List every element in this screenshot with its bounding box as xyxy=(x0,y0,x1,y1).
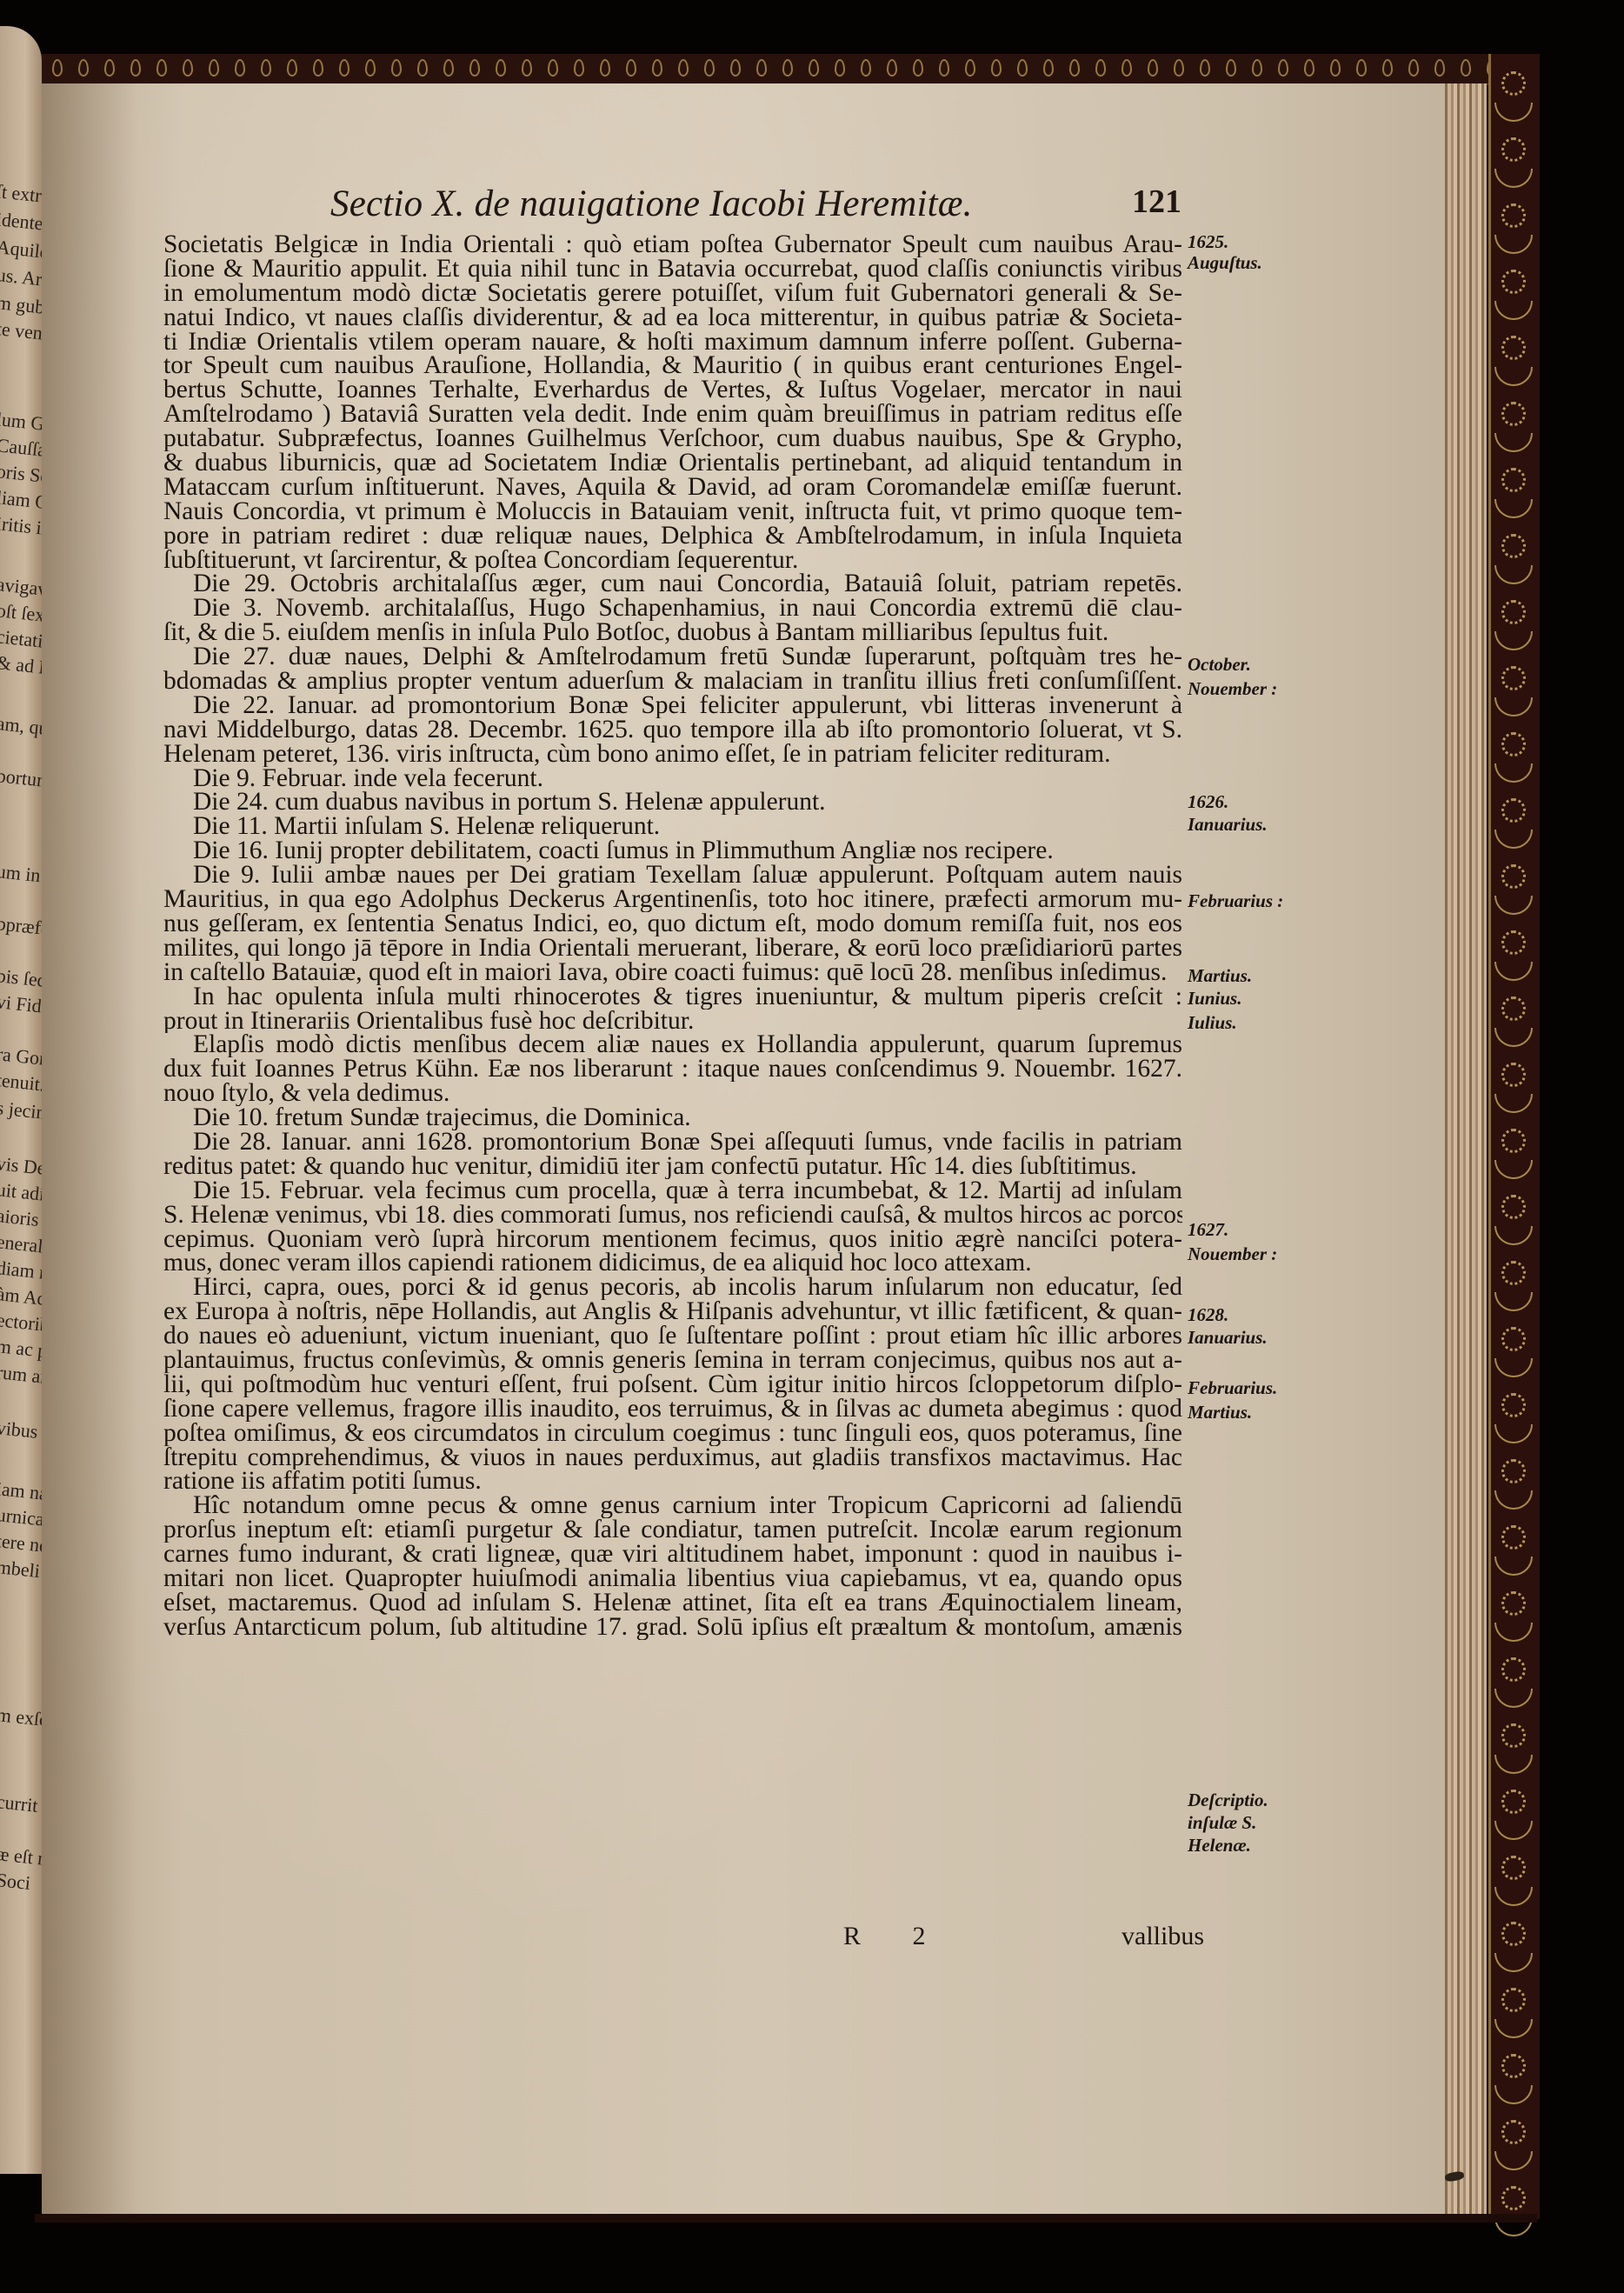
gilt-ornament-icon xyxy=(1278,59,1288,77)
text-line: navi Middelburgo, datas 28. Decembr. 162… xyxy=(163,718,1182,743)
gilt-ornament-icon xyxy=(496,59,506,77)
gilt-arch-icon xyxy=(1494,1094,1533,1113)
gilt-rosette-icon xyxy=(1501,1790,1526,1814)
gilt-rosette-icon xyxy=(1501,930,1526,955)
gilt-ornament-icon xyxy=(1330,59,1341,77)
gilt-rosette-icon xyxy=(1501,1261,1526,1285)
gilt-arch-icon xyxy=(1494,1490,1533,1510)
gilt-ornament-icon xyxy=(782,59,793,77)
bottom-leather-band xyxy=(35,2214,1537,2223)
margin-note: 1626. xyxy=(1188,791,1228,812)
gilt-rosette-icon xyxy=(1501,1723,1526,1748)
gilt-arch-icon xyxy=(1494,235,1533,254)
gilt-ornament-icon xyxy=(809,59,819,77)
gilt-arch-icon xyxy=(1494,1556,1533,1576)
gilt-rosette-icon xyxy=(1501,137,1526,162)
gilt-ornament-icon xyxy=(1382,59,1393,77)
text-line: in emolumentum modò dictæ Societatis ger… xyxy=(163,282,1182,306)
previous-page-text-fragment: rum arbore xyxy=(0,1362,42,1391)
previous-page-text-fragment: vi Fide, quæ xyxy=(0,991,42,1022)
gilt-rosette-icon xyxy=(1501,2120,1526,2144)
gilt-ornament-icon xyxy=(391,59,402,77)
text-line: Mataccam curſum inſtituerunt. Naves, Aqu… xyxy=(163,476,1182,500)
gilt-ornament-icon xyxy=(1356,59,1367,77)
text-line: ſit, & die 5. eiuſdem menſis in inſula P… xyxy=(163,621,1182,645)
previous-page-text-fragment: ra Gorities xyxy=(0,1043,42,1073)
gilt-ornament-icon xyxy=(1304,59,1315,77)
margin-note: 1625. xyxy=(1188,231,1228,252)
gilt-ornament-icon xyxy=(261,59,271,77)
text-line: Die 16. Iunij propter debilitatem, coact… xyxy=(163,839,1182,863)
margin-note: Iunius. xyxy=(1188,988,1241,1009)
gilt-arch-icon xyxy=(1494,2151,1533,2170)
gilt-rosette-icon xyxy=(1501,864,1526,889)
text-line: putabatur. Subpræfectus, Ioannes Guilhel… xyxy=(163,427,1182,451)
previous-page-text-fragment: urnica, Ve xyxy=(0,1504,42,1533)
gilt-ornament-icon xyxy=(678,59,689,77)
gilt-rosette-icon xyxy=(1501,1922,1526,1946)
gilt-ornament-icon xyxy=(1148,59,1158,77)
text-line: Helenam peteret, 136. viris inſtructa, c… xyxy=(163,743,1182,767)
text-line: verſus Antarcticum polum, ſub altitudine… xyxy=(163,1616,1182,1640)
gilt-arch-icon xyxy=(1494,499,1533,518)
previous-page-text-fragment: oris Solen xyxy=(0,461,42,490)
previous-page-text-fragment: iritis in Mo xyxy=(0,513,42,543)
gilt-rosette-icon xyxy=(1501,997,1526,1021)
text-line: Hirci, capra, oues, porci & id genus pec… xyxy=(163,1276,1182,1300)
text-line: poſtea omiſimus, & eos circumdatos in ci… xyxy=(163,1422,1182,1446)
text-line: ſione & Mauritio appulit. Et quia nihil … xyxy=(163,257,1182,282)
gilt-arch-icon xyxy=(1494,433,1533,452)
gilt-ornament-icon xyxy=(548,59,558,77)
text-line: reditus patet: & quando huc venitur, dim… xyxy=(163,1155,1182,1179)
gilt-rosette-icon xyxy=(1501,402,1526,426)
gilt-arch-icon xyxy=(1494,565,1533,584)
gilt-rosette-icon xyxy=(1501,1063,1526,1087)
gilt-ornament-icon xyxy=(1461,59,1471,77)
previous-page-text-fragment: àm Aquila xyxy=(0,1283,42,1312)
text-line: do naues eò adueniunt, victum inueniant,… xyxy=(163,1324,1182,1349)
margin-note: 1628. xyxy=(1188,1304,1228,1325)
gilt-arch-icon xyxy=(1494,1755,1533,1774)
top-gilt-band xyxy=(35,54,1504,85)
gilt-rosette-icon xyxy=(1501,1525,1526,1550)
previous-page-text-fragment: m ac profu xyxy=(0,1336,42,1365)
gilt-rosette-icon xyxy=(1501,732,1526,757)
gilt-rosette-icon xyxy=(1501,666,1526,690)
gilt-arch-icon xyxy=(1494,301,1533,320)
gilt-rosette-icon xyxy=(1501,1195,1526,1219)
margin-note: 1627. xyxy=(1188,1219,1228,1240)
gilt-ornament-icon xyxy=(313,59,323,77)
text-line: mus, donec veram illos capiendi rationem… xyxy=(163,1251,1182,1276)
text-line: ſtrepitu comprehendimus, & viuos in naue… xyxy=(163,1446,1182,1470)
previous-page-text-fragment: us. Archith xyxy=(0,264,42,294)
gilt-arch-icon xyxy=(1494,1292,1533,1311)
text-line: milites, qui longo jā tēpore in India Or… xyxy=(163,937,1182,961)
gilt-rosette-icon xyxy=(1501,468,1526,492)
previous-page-text-fragment: m guberna xyxy=(0,292,42,322)
previous-page-text-fragment: s jecimus. xyxy=(0,1097,42,1126)
text-line: Nauis Concordia, vt primum è Moluccis in… xyxy=(163,500,1182,524)
gilt-rosette-icon xyxy=(1501,203,1526,228)
margin-note: Martius. xyxy=(1188,965,1252,986)
previous-page-text-fragment: cietatis, in xyxy=(0,626,42,655)
gilt-ornament-icon xyxy=(991,59,1002,77)
gilt-arch-icon xyxy=(1494,1358,1533,1377)
text-line: ti Indiæ Orientalis vtilem operam nauare… xyxy=(163,330,1182,355)
gilt-ornament-icon xyxy=(600,59,610,77)
previous-page-text-fragment: avigavit qu xyxy=(0,574,42,603)
text-line: Die 11. Martii inſulam S. Helenæ relique… xyxy=(163,815,1182,839)
signature-mark: R 2 xyxy=(843,1922,948,1951)
gilt-arch-icon xyxy=(1494,1623,1533,1642)
gilt-ornament-icon xyxy=(1095,59,1106,77)
margin-note: Nouember : xyxy=(1188,678,1277,699)
gilt-ornament-icon xyxy=(730,59,741,77)
gilt-ornament-icon xyxy=(626,59,636,77)
gilt-rosette-icon xyxy=(1501,1459,1526,1483)
previous-page-text-fragment: tenuit. xyxy=(0,1070,42,1096)
gilt-ornament-icon xyxy=(1017,59,1028,77)
gilt-ornament-icon xyxy=(1174,59,1184,77)
gilt-ornament-icon xyxy=(756,59,767,77)
gilt-rosette-icon xyxy=(1501,336,1526,360)
previous-page-text-fragment: lum Gube xyxy=(0,409,42,437)
gilt-ornament-icon xyxy=(469,59,480,77)
gilt-rosette-icon xyxy=(1501,1393,1526,1417)
gilt-ornament-icon xyxy=(156,59,167,77)
gilt-ornament-icon xyxy=(1226,59,1236,77)
gilt-ornament-icon xyxy=(365,59,376,77)
gilt-arch-icon xyxy=(1494,367,1533,386)
gilt-arch-icon xyxy=(1494,1821,1533,1840)
gilt-arch-icon xyxy=(1494,962,1533,981)
gilt-ornament-icon xyxy=(417,59,428,77)
text-line: cepimus. Quoniam verò ſuprà hircorum men… xyxy=(163,1228,1182,1252)
margin-note: Ianuarius. xyxy=(1188,814,1268,835)
gilt-ornament-icon xyxy=(1252,59,1262,77)
text-line: dux fuit Ioannes Petrus Kühn. Eæ nos lib… xyxy=(163,1057,1182,1082)
gilt-ornament-icon xyxy=(1121,59,1132,77)
text-line: ſubſtituerunt, vt ſarcirentur, & poſtea … xyxy=(163,549,1182,573)
gilt-ornament-icon xyxy=(1200,59,1210,77)
gilt-ornament-icon xyxy=(652,59,662,77)
page-block-edges xyxy=(1445,83,1487,2214)
gilt-ornament-icon xyxy=(835,59,845,77)
gilt-rosette-icon xyxy=(1501,71,1526,96)
gilt-arch-icon xyxy=(1494,1689,1533,1708)
gilt-arch-icon xyxy=(1494,631,1533,650)
gilt-ornament-icon xyxy=(1434,59,1445,77)
previous-page-text-fragment: currit archi xyxy=(0,1791,42,1821)
gilt-rosette-icon xyxy=(1501,534,1526,558)
gilt-rosette-icon xyxy=(1501,1988,1526,2012)
gilt-ornament-icon xyxy=(939,59,949,77)
gilt-ornament-icon xyxy=(287,59,297,77)
text-line: nus geſſeram, ex ſententia Senatus Indic… xyxy=(163,912,1182,937)
previous-page-text-fragment: liam Orie xyxy=(0,487,42,516)
previous-page-text-fragment: am, qui in xyxy=(0,713,42,742)
text-line: Die 15. Februar. vela fecimus cum procel… xyxy=(163,1179,1182,1203)
text-line: carnes fumo indurant, & crati ligneæ, qu… xyxy=(163,1543,1182,1567)
gilt-leather-border xyxy=(1488,54,1540,2219)
gilt-arch-icon xyxy=(1494,896,1533,915)
gilt-arch-icon xyxy=(1494,763,1533,783)
gilt-arch-icon xyxy=(1494,830,1533,849)
gilt-arch-icon xyxy=(1494,1160,1533,1179)
previous-page-text-fragment: Soci xyxy=(0,1870,31,1894)
gilt-arch-icon xyxy=(1494,2019,1533,2038)
margin-note: Iulius. xyxy=(1188,1012,1237,1033)
previous-page-text-fragment: diam miſsu xyxy=(0,1257,42,1287)
gilt-ornament-icon xyxy=(704,59,715,77)
text-line: in caſtello Batauiæ, quod eſt in maiori … xyxy=(163,961,1182,985)
text-line: In hac opulenta inſula multi rhinocerote… xyxy=(163,985,1182,1010)
text-line: ex Europa à noſtris, nēpe Hollandis, aut… xyxy=(163,1300,1182,1324)
previous-page-text-fragment: oſt ſex dies xyxy=(0,600,42,630)
text-line: Die 28. Ianuar. anni 1628. promontorium … xyxy=(163,1130,1182,1155)
gilt-ornament-icon xyxy=(1408,59,1419,77)
margin-note: Auguſtus. xyxy=(1188,252,1262,273)
text-line: bertus Schutte, Ioannes Terhalte, Everha… xyxy=(163,378,1182,403)
gilt-arch-icon xyxy=(1494,2085,1533,2104)
previous-page-text-fragment: & ad Phili xyxy=(0,652,42,681)
gilt-ornament-icon xyxy=(78,59,89,77)
previous-page-text-fragment: bpræfectus xyxy=(0,913,42,943)
previous-page-text-fragment: vibus & æq xyxy=(0,1417,42,1447)
previous-page-text-fragment: ſt extremi xyxy=(0,181,42,210)
previous-page-text-fragment: Cauſſa d xyxy=(0,435,42,463)
gilt-ornament-icon xyxy=(861,59,871,77)
text-line: Die 9. Februar. inde vela fecerunt. xyxy=(163,767,1182,791)
gilt-arch-icon xyxy=(1494,697,1533,717)
gilt-ornament-icon xyxy=(965,59,975,77)
margin-note: Martius. xyxy=(1188,1402,1252,1423)
running-head: Sectio X. de nauigatione Iacobi Heremitæ… xyxy=(330,183,973,225)
margin-note: Februarius : xyxy=(1188,890,1283,911)
text-line: Die 29. Octobris architalaſſus æger, cum… xyxy=(163,572,1182,597)
gilt-arch-icon xyxy=(1494,1028,1533,1047)
gilt-ornament-icon xyxy=(1043,59,1054,77)
previous-page-text-fragment: te vento xyxy=(0,318,42,345)
gilt-arch-icon xyxy=(1494,1226,1533,1245)
margin-note: October. xyxy=(1188,654,1251,675)
gilt-rosette-icon xyxy=(1501,1856,1526,1880)
text-line: Societatis Belgicæ in India Orientali : … xyxy=(163,233,1182,257)
gilt-ornament-icon xyxy=(104,59,115,77)
text-line: lii, qui poſtmodùm huc venturi eſſent, f… xyxy=(163,1373,1182,1397)
text-line: nouo ſtylo, & vela dedimus. xyxy=(163,1082,1182,1106)
text-line: ratione iis affatim potiti ſumus. xyxy=(163,1470,1182,1494)
gutter-shadow xyxy=(42,83,137,2214)
gilt-rosette-icon xyxy=(1501,600,1526,624)
margin-note: Ianuarius. xyxy=(1188,1327,1268,1348)
gilt-rosette-icon xyxy=(1501,2054,1526,2078)
gilt-rosette-icon xyxy=(1501,1657,1526,1682)
margin-note: Helenæ. xyxy=(1188,1835,1251,1856)
text-line: tor Speult cum nauibus Arauſione, Hollan… xyxy=(163,354,1182,378)
gilt-arch-icon xyxy=(1494,1424,1533,1443)
text-line: Die 24. cum duabus navibus in portum S. … xyxy=(163,790,1182,815)
gilt-ornament-icon xyxy=(183,59,193,77)
text-line: plantauimus, fructus conſevimùs, & omnis… xyxy=(163,1349,1182,1373)
text-line: Mauritius, in qua ego Adolphus Deckerus … xyxy=(163,888,1182,912)
previous-page-text-fragment: um in inſula xyxy=(0,861,42,891)
gilt-rosette-icon xyxy=(1501,1129,1526,1153)
text-line: pore in patriam rediret : duæ reliquæ na… xyxy=(163,524,1182,549)
gilt-rosette-icon xyxy=(1501,2186,1526,2210)
margin-note: Februarius. xyxy=(1188,1377,1277,1398)
text-line: prorſus ineptum eſt: etiamſi purgetur & … xyxy=(163,1518,1182,1543)
body-text: Societatis Belgicæ in India Orientali : … xyxy=(163,233,1182,1640)
gilt-ornament-icon xyxy=(443,59,454,77)
gilt-ornament-icon xyxy=(574,59,584,77)
gilt-ornament-icon xyxy=(52,59,63,77)
previous-page-edge: ſt extremiidentem abAquiloneus. Archithm… xyxy=(0,26,42,2174)
page-number: 121 xyxy=(1132,183,1181,221)
previous-page-text-fragment: iam nauiga xyxy=(0,1478,42,1508)
gilt-arch-icon xyxy=(1494,169,1533,188)
text-line: mitari non licet. Quapropter huiuſmodi a… xyxy=(163,1567,1182,1591)
gilt-ornament-icon xyxy=(339,59,349,77)
text-line: & duabus liburnicis, quæ ad Societatem I… xyxy=(163,451,1182,476)
margin-note: inſulæ S. xyxy=(1188,1812,1256,1833)
text-line: Elapſis modò dictis menſibus decem aliæ … xyxy=(163,1033,1182,1057)
margin-note: Deſcriptio. xyxy=(1188,1790,1268,1810)
gilt-arch-icon xyxy=(1494,1953,1533,1972)
previous-page-text-fragment: m exſcendi xyxy=(0,1704,42,1734)
previous-page-text-fragment: mbeli reliq xyxy=(0,1556,42,1586)
text-line: S. Helenæ venimus, vbi 18. dies commorat… xyxy=(163,1203,1182,1228)
text-line: natui Indico, vt naues claſſis divideren… xyxy=(163,306,1182,330)
gilt-ornament-icon xyxy=(235,59,245,77)
text-line: Die 9. Iulii ambæ naues per Dei gratiam … xyxy=(163,863,1182,888)
text-line: Die 3. Novemb. architalaſſus, Hugo Schap… xyxy=(163,597,1182,621)
text-line: bdomadas & amplius propter ventum aduerſ… xyxy=(163,670,1182,694)
previous-page-text-fragment: bis ſequere xyxy=(0,965,42,995)
gilt-ornament-icon xyxy=(1069,59,1080,77)
margin-note: Nouember : xyxy=(1188,1243,1277,1264)
gilt-ornament-icon xyxy=(522,59,532,77)
gilt-rosette-icon xyxy=(1501,1327,1526,1351)
previous-page-text-fragment: Aquilone xyxy=(0,237,42,264)
catchword: vallibus xyxy=(1121,1922,1204,1951)
gilt-rosette-icon xyxy=(1501,798,1526,823)
text-line: Amſtelrodamo ) Bataviâ Suratten vela ded… xyxy=(163,403,1182,427)
gilt-ornament-icon xyxy=(209,59,219,77)
gilt-ornament-icon xyxy=(130,59,141,77)
gilt-rosette-icon xyxy=(1501,270,1526,294)
text-line: ſione capere vellemus, fragore illis ina… xyxy=(163,1397,1182,1422)
previous-page-text-fragment: portum Ma xyxy=(0,765,42,795)
text-line: prout in Itinerariis Orientalibus fusè h… xyxy=(163,1010,1182,1034)
gilt-ornament-icon xyxy=(887,59,897,77)
gilt-arch-icon xyxy=(1494,103,1533,122)
text-line: Die 22. Ianuar. ad promontorium Bonæ Spe… xyxy=(163,694,1182,718)
gilt-ornament-icon xyxy=(913,59,923,77)
previous-page-text-fragment: identem ab xyxy=(0,209,42,238)
text-line: eſset, mactaremus. Quod ad inſulam S. He… xyxy=(163,1591,1182,1616)
text-line: Die 27. duæ naues, Delphi & Amſtelrodamu… xyxy=(163,645,1182,670)
gilt-arch-icon xyxy=(1494,1887,1533,1906)
text-line: Die 10. fretum Sundæ trajecimus, die Dom… xyxy=(163,1106,1182,1130)
text-line: Hîc notandum omne pecus & omne genus car… xyxy=(163,1494,1182,1518)
gilt-rosette-icon xyxy=(1501,1591,1526,1616)
